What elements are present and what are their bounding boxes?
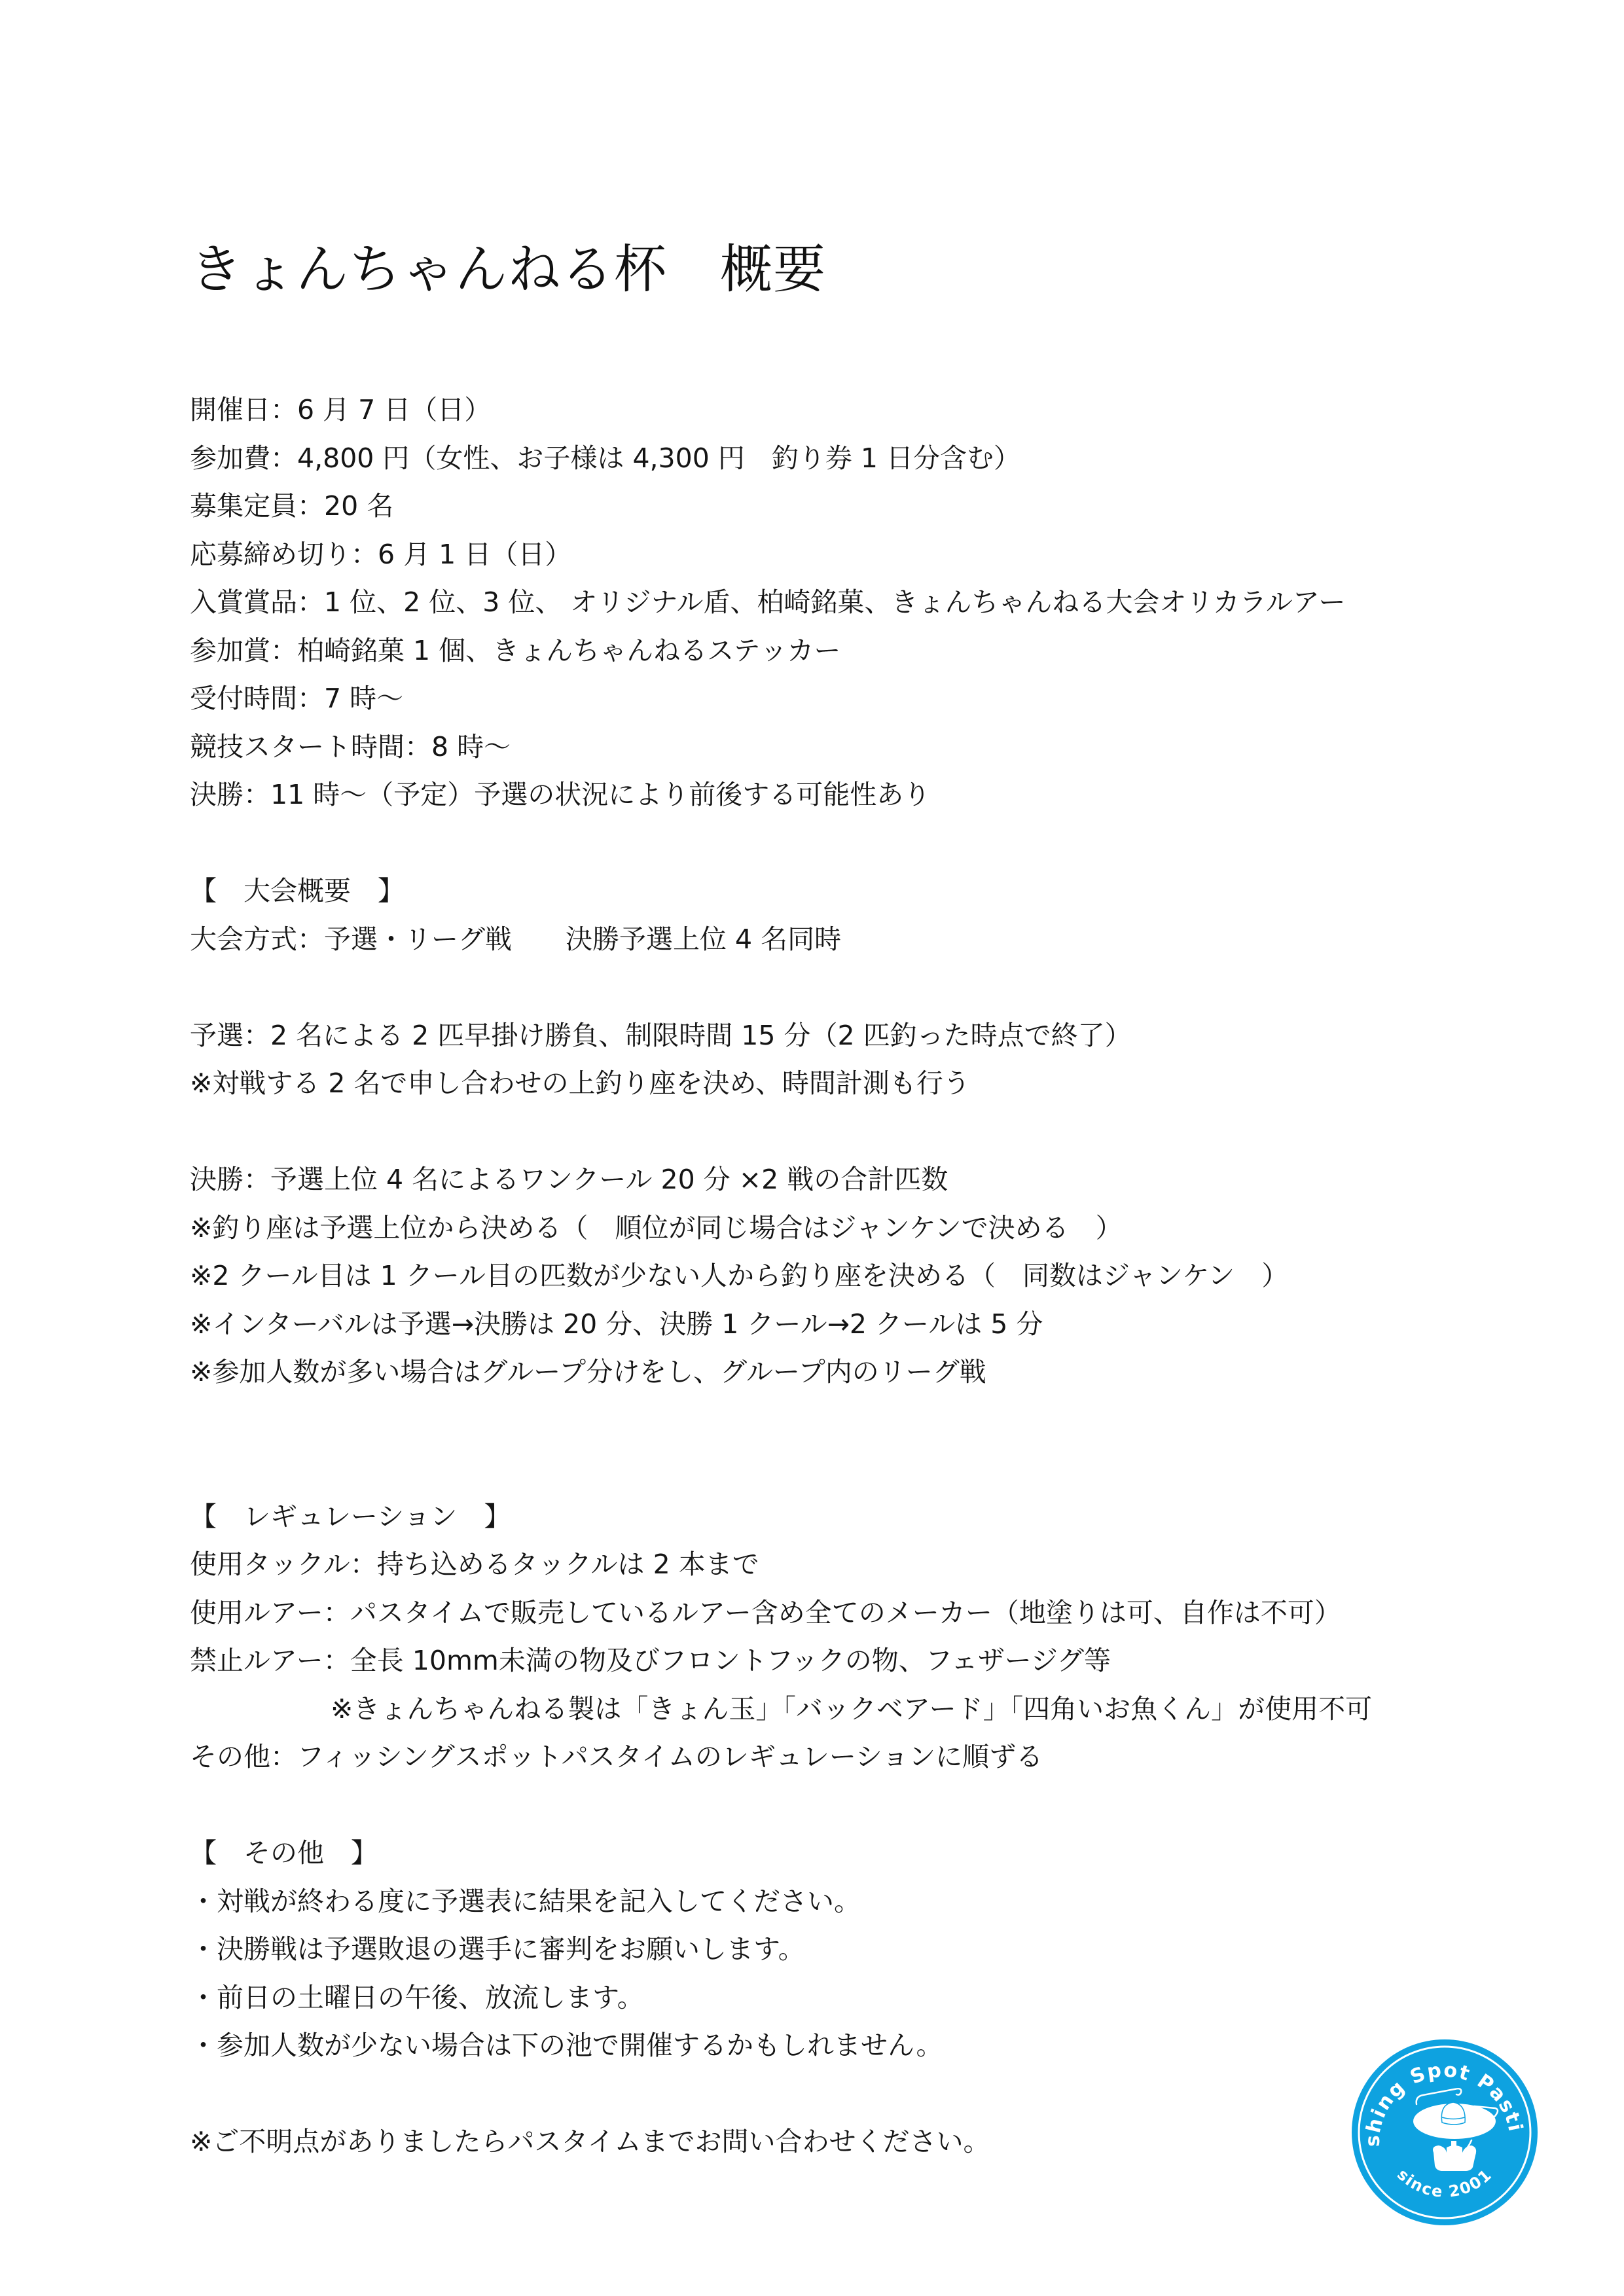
page-title: きょんちゃんねる杯 概要 [190, 237, 826, 302]
info-value: 11 時～（予定）予選の状況により前後する可能性あり [270, 779, 930, 810]
regulation-item: 使用タックル：持ち込めるタックルは 2 本まで [190, 1541, 1499, 1589]
regulation-item: 禁止ルアー：全長 10mm未満の物及びフロントフックの物、フェザージグ等 [190, 1637, 1499, 1685]
document-body: 開催日：6 月 7 日（日） 参加費：4,800 円（女性、お子様は 4,300… [190, 386, 1499, 2166]
separator: ： [297, 586, 324, 618]
preliminary-note: ※対戦する 2 名で申し合わせの上釣り座を決め、時間計測も行う [190, 1060, 1499, 1108]
info-label: 参加賞 [190, 635, 270, 666]
info-value: 6 月 1 日（日） [378, 539, 571, 570]
spacer [190, 2070, 1499, 2119]
event-info-reception-time: 受付時間：7 時～ [190, 675, 1499, 723]
info-label: 競技スタート時間 [190, 731, 405, 762]
final-note: ※インターバルは予選→決勝は 20 分、決勝 1 クール→2 クールは 5 分 [190, 1300, 1499, 1349]
info-label: 入賞賞品 [190, 586, 297, 618]
separator: ： [351, 539, 378, 570]
separator: ： [297, 490, 324, 522]
contact-note: ※ご不明点がありましたらパスタイムまでお問い合わせください。 [190, 2118, 1499, 2166]
document-page: きょんちゃんねる杯 概要 開催日：6 月 7 日（日） 参加費：4,800 円（… [0, 0, 1624, 2296]
event-info-capacity: 募集定員：20 名 [190, 482, 1499, 531]
event-info-start-time: 競技スタート時間：8 時～ [190, 723, 1499, 772]
spacer [190, 819, 1499, 868]
final-note: ※釣り座は予選上位から決める（ 順位が同じ場合はジャンケンで決める ） [190, 1204, 1499, 1253]
final-note: ※参加人数が多い場合はグループ分けをし、グループ内のリーグ戦 [190, 1348, 1499, 1397]
misc-item: ・前日の土曜日の午後、放流します。 [190, 1974, 1499, 2022]
spacer [190, 963, 1499, 1012]
section-heading: 【 大会概要 】 [190, 867, 1499, 916]
info-label: 募集定員 [190, 490, 297, 522]
section-heading: 【 レギュレーション 】 [190, 1493, 1499, 1541]
misc-item: ・参加人数が少ない場合は下の池で開催するかもしれません。 [190, 2022, 1499, 2070]
event-info-date: 開催日：6 月 7 日（日） [190, 386, 1499, 435]
info-value: 柏崎銘菓 1 個、きょんちゃんねるステッカー [297, 635, 840, 666]
info-label: 応募締め切り [190, 539, 351, 570]
event-info-fee: 参加費：4,800 円（女性、お子様は 4,300 円 釣り券 1 日分含む） [190, 435, 1499, 483]
event-info-final: 決勝：11 時～（予定）予選の状況により前後する可能性あり [190, 771, 1499, 819]
regulation-other: その他：フィッシングスポットパスタイムのレギュレーションに順ずる [190, 1733, 1499, 1782]
final-rule: 決勝：予選上位 4 名によるワンクール 20 分 ×2 戦の合計匹数 [190, 1156, 1499, 1204]
info-value: 7 時～ [324, 683, 403, 714]
tournament-format: 大会方式：予選・リーグ戦 決勝予選上位 4 名同時 [190, 916, 1499, 964]
info-label: 決勝 [190, 779, 244, 810]
regulation-item: 使用ルアー：パスタイムで販売しているルアー含め全てのメーカー（地塗りは可、自作は… [190, 1589, 1499, 1638]
section-regulation: 【 レギュレーション 】 使用タックル：持ち込めるタックルは 2 本まで 使用ル… [190, 1493, 1499, 1782]
section-heading: 【 その他 】 [190, 1829, 1499, 1878]
event-info-list: 開催日：6 月 7 日（日） 参加費：4,800 円（女性、お子様は 4,300… [190, 386, 1499, 819]
event-info-deadline: 応募締め切り：6 月 1 日（日） [190, 531, 1499, 579]
separator: ： [297, 683, 324, 714]
separator: ： [270, 442, 297, 474]
misc-item: ・対戦が終わる度に予選表に結果を記入してください。 [190, 1878, 1499, 1926]
spacer [190, 1782, 1499, 1830]
info-value: 6 月 7 日（日） [297, 394, 491, 425]
misc-item: ・決勝戦は予選敗退の選手に審判をお願いします。 [190, 1926, 1499, 1974]
preliminary-rule: 予選：2 名による 2 匹早掛け勝負、制限時間 15 分（2 匹釣った時点で終了… [190, 1012, 1499, 1060]
regulation-note: ※きょんちゃんねる製は「きょん玉」「バックベアード」「四角いお魚くん」が使用不可 [190, 1685, 1499, 1734]
event-info-prizes: 入賞賞品：1 位、2 位、3 位、 オリジナル盾、柏崎銘菓、きょんちゃんねる大会… [190, 579, 1499, 627]
separator: ： [405, 731, 431, 762]
info-value: 1 位、2 位、3 位、 オリジナル盾、柏崎銘菓、きょんちゃんねる大会オリカラル… [324, 586, 1345, 618]
separator: ： [244, 779, 270, 810]
section-misc: 【 その他 】 ・対戦が終わる度に予選表に結果を記入してください。 ・決勝戦は予… [190, 1829, 1499, 2070]
spacer [190, 1108, 1499, 1157]
fishing-spot-pastime-logo: Fishing Spot Pastime since 2001 [1350, 2037, 1540, 2227]
separator: ： [270, 635, 297, 666]
section-overview: 【 大会概要 】 大会方式：予選・リーグ戦 決勝予選上位 4 名同時 予選：2 … [190, 867, 1499, 1397]
info-value: 8 時～ [431, 731, 511, 762]
info-value: 4,800 円（女性、お子様は 4,300 円 釣り券 1 日分含む） [297, 442, 1020, 474]
spacer [190, 1397, 1499, 1493]
info-label: 受付時間 [190, 683, 297, 714]
event-info-participation-prize: 参加賞：柏崎銘菓 1 個、きょんちゃんねるステッカー [190, 627, 1499, 675]
info-value: 20 名 [324, 490, 393, 522]
info-label: 参加費 [190, 442, 270, 474]
separator: ： [270, 394, 297, 425]
info-label: 開催日 [190, 394, 270, 425]
final-note: ※2 クール目は 1 クール目の匹数が少ない人から釣り座を決める（ 同数はジャン… [190, 1252, 1499, 1300]
